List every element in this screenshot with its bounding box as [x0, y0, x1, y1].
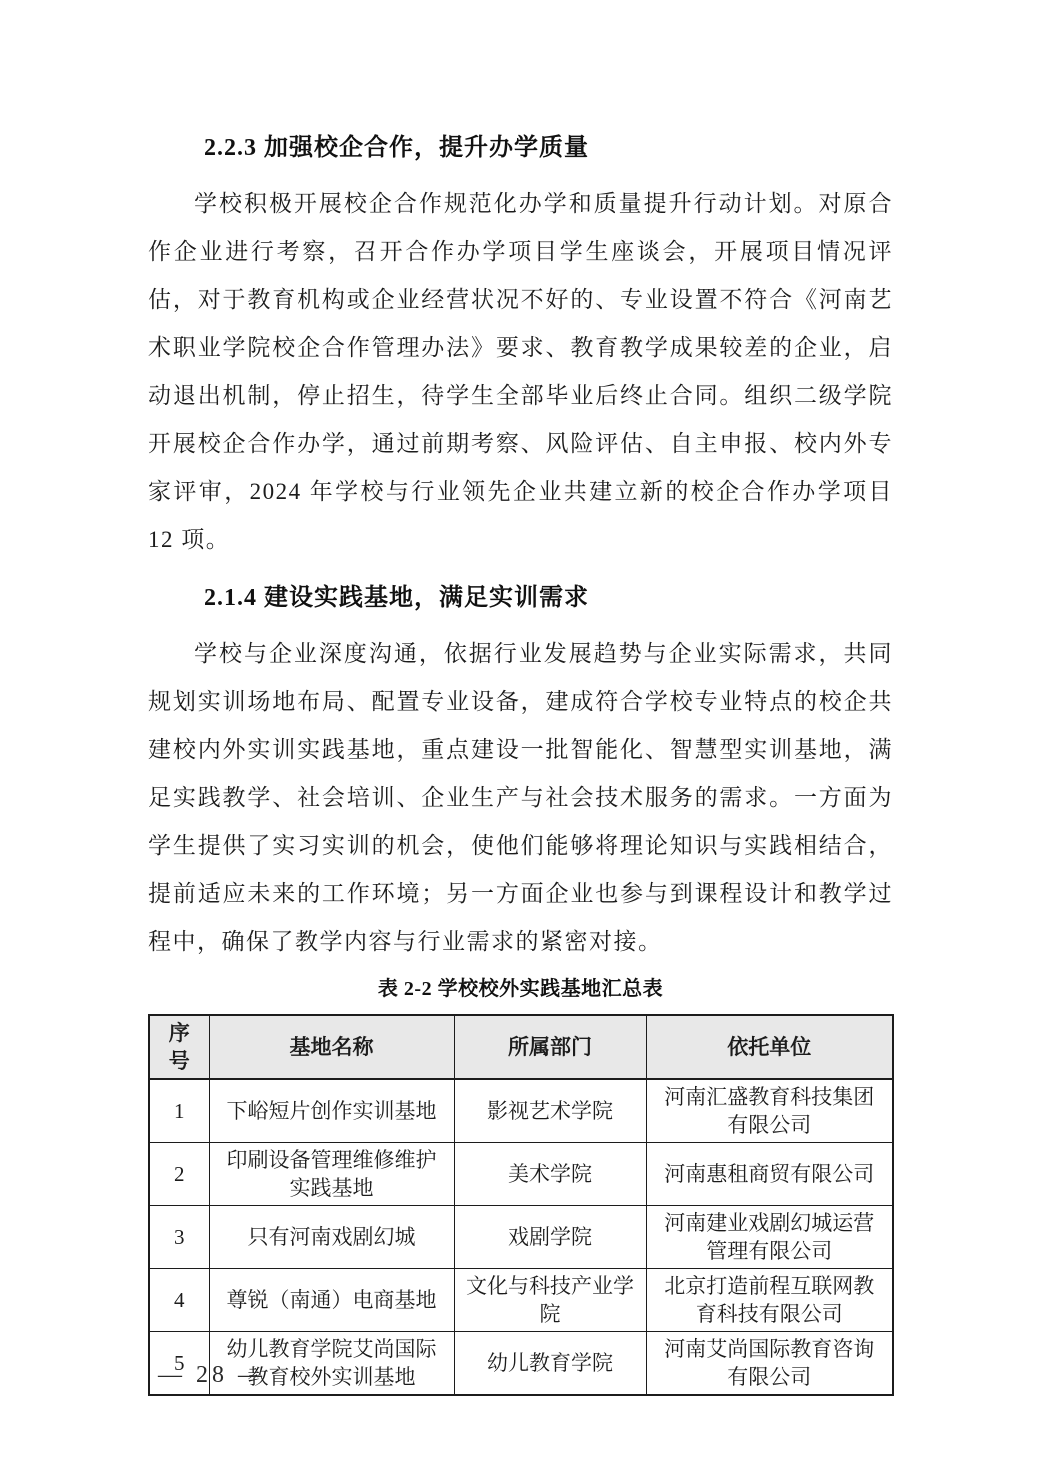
table-row: 4 尊锐（南通）电商基地 文化与科技产业学院 北京打造前程互联网教育科技有限公司	[149, 1269, 893, 1332]
cell-base-name: 下峪短片创作实训基地	[209, 1079, 454, 1143]
cell-base-name: 印刷设备管理维修维护实践基地	[209, 1143, 454, 1206]
cell-department: 美术学院	[454, 1143, 646, 1206]
cell-supporting-unit: 河南艾尚国际教育咨询有限公司	[646, 1332, 893, 1396]
document-page: 2.2.3 加强校企合作，提升办学质量 学校积极开展校企合作规范化办学和质量提升…	[0, 0, 1041, 1472]
cell-department: 影视艺术学院	[454, 1079, 646, 1143]
section-heading-2-1-4: 2.1.4 建设实践基地，满足实训需求	[148, 578, 893, 618]
cell-supporting-unit: 河南汇盛教育科技集团有限公司	[646, 1079, 893, 1143]
section-paragraph-2-2-3: 学校积极开展校企合作规范化办学和质量提升行动计划。对原合作企业进行考察，召开合作…	[148, 180, 893, 564]
cell-department: 文化与科技产业学院	[454, 1269, 646, 1332]
cell-department: 戏剧学院	[454, 1206, 646, 1269]
column-header-supporting-unit: 依托单位	[646, 1015, 893, 1079]
practice-base-table: 序号 基地名称 所属部门 依托单位 1 下峪短片创作实训基地 影视艺术学院 河南…	[148, 1014, 894, 1396]
column-header-index: 序号	[149, 1015, 209, 1079]
section-paragraph-2-1-4: 学校与企业深度沟通，依据行业发展趋势与企业实际需求，共同规划实训场地布局、配置专…	[148, 630, 893, 966]
cell-base-name: 只有河南戏剧幻城	[209, 1206, 454, 1269]
cell-department: 幼儿教育学院	[454, 1332, 646, 1396]
cell-base-name: 尊锐（南通）电商基地	[209, 1269, 454, 1332]
cell-index: 3	[149, 1206, 209, 1269]
table-caption: 表 2-2 学校校外实践基地汇总表	[148, 974, 893, 1004]
cell-supporting-unit: 北京打造前程互联网教育科技有限公司	[646, 1269, 893, 1332]
table-row: 3 只有河南戏剧幻城 戏剧学院 河南建业戏剧幻城运营管理有限公司	[149, 1206, 893, 1269]
cell-index: 1	[149, 1079, 209, 1143]
section-heading-2-2-3: 2.2.3 加强校企合作，提升办学质量	[148, 128, 893, 168]
column-header-base-name: 基地名称	[209, 1015, 454, 1079]
table-row: 1 下峪短片创作实训基地 影视艺术学院 河南汇盛教育科技集团有限公司	[149, 1079, 893, 1143]
column-header-department: 所属部门	[454, 1015, 646, 1079]
cell-supporting-unit: 河南建业戏剧幻城运营管理有限公司	[646, 1206, 893, 1269]
table-header-row: 序号 基地名称 所属部门 依托单位	[149, 1015, 893, 1079]
page-number: — 28 —	[158, 1362, 266, 1389]
page-content: 2.2.3 加强校企合作，提升办学质量 学校积极开展校企合作规范化办学和质量提升…	[148, 128, 893, 1396]
table-row: 2 印刷设备管理维修维护实践基地 美术学院 河南惠租商贸有限公司	[149, 1143, 893, 1206]
cell-supporting-unit: 河南惠租商贸有限公司	[646, 1143, 893, 1206]
cell-index: 2	[149, 1143, 209, 1206]
cell-index: 4	[149, 1269, 209, 1332]
